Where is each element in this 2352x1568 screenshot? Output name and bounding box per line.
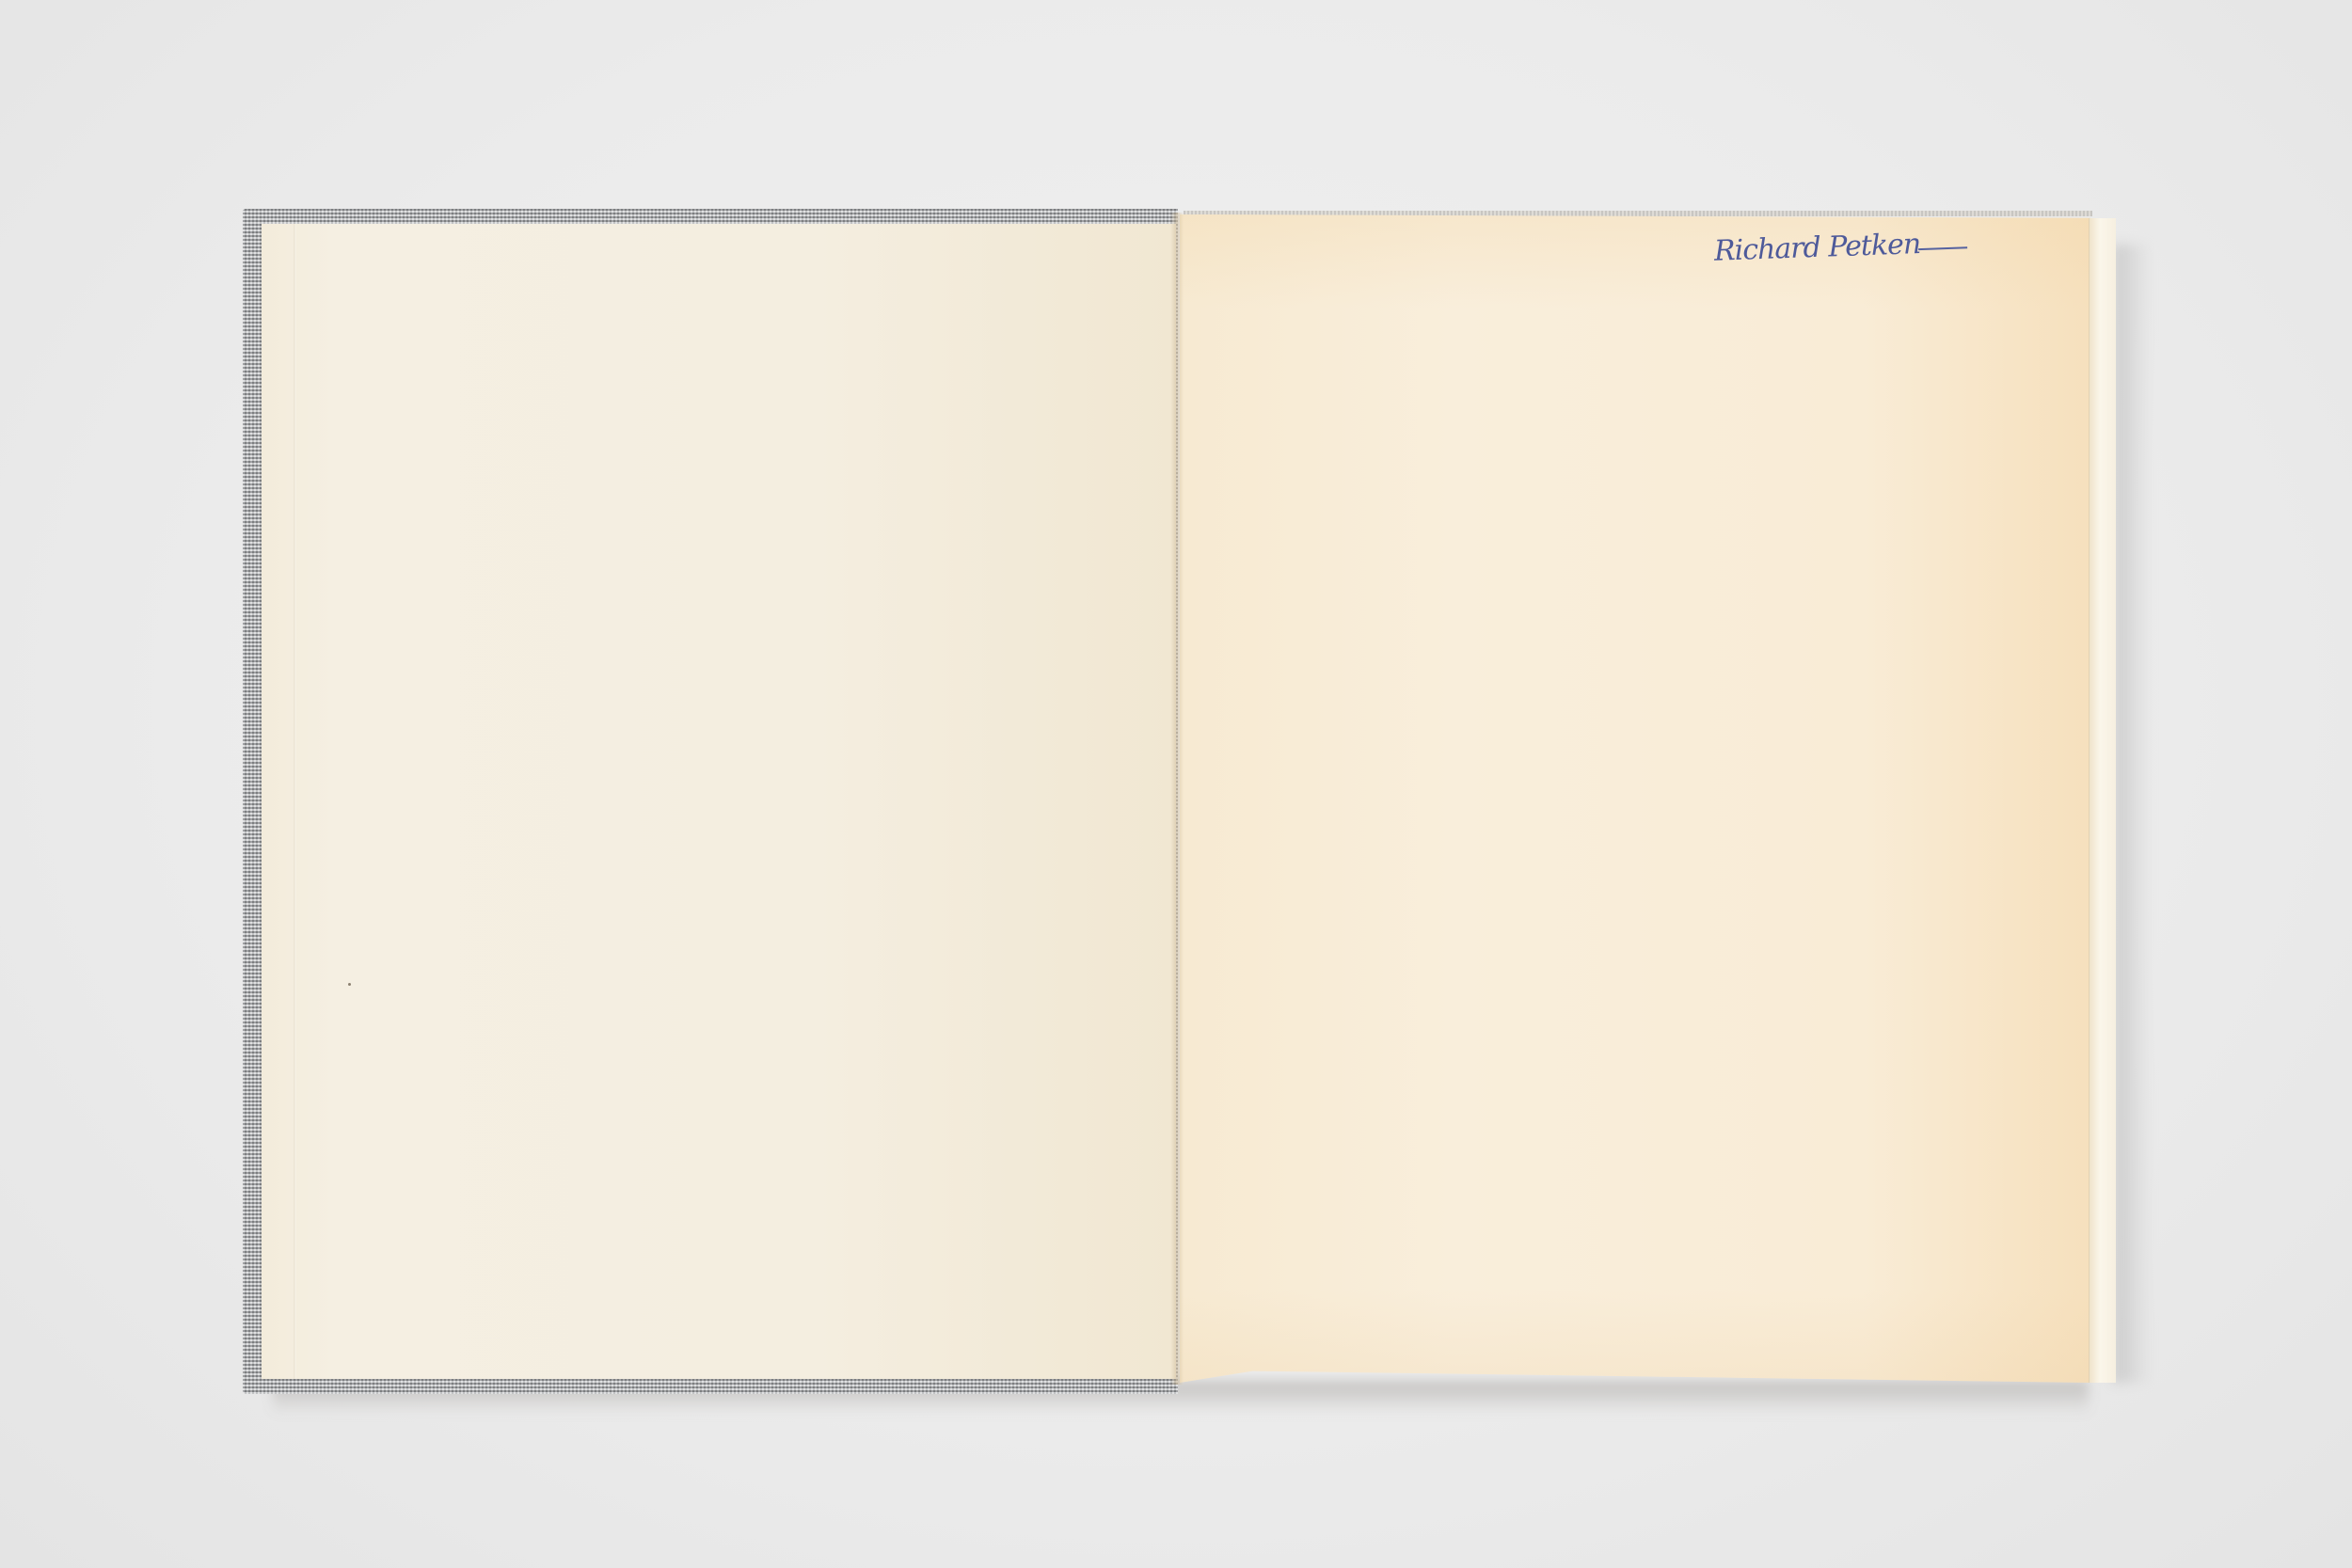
paper-speck [348,983,351,986]
book-shadow-right [2113,245,2151,1383]
hinge-line [294,224,296,1379]
gutter [1170,213,1184,1385]
signature-flourish [1918,246,1967,250]
left-endpaper [262,224,1176,1379]
right-page [1180,214,2090,1383]
page-fore-edge [2089,218,2116,1383]
